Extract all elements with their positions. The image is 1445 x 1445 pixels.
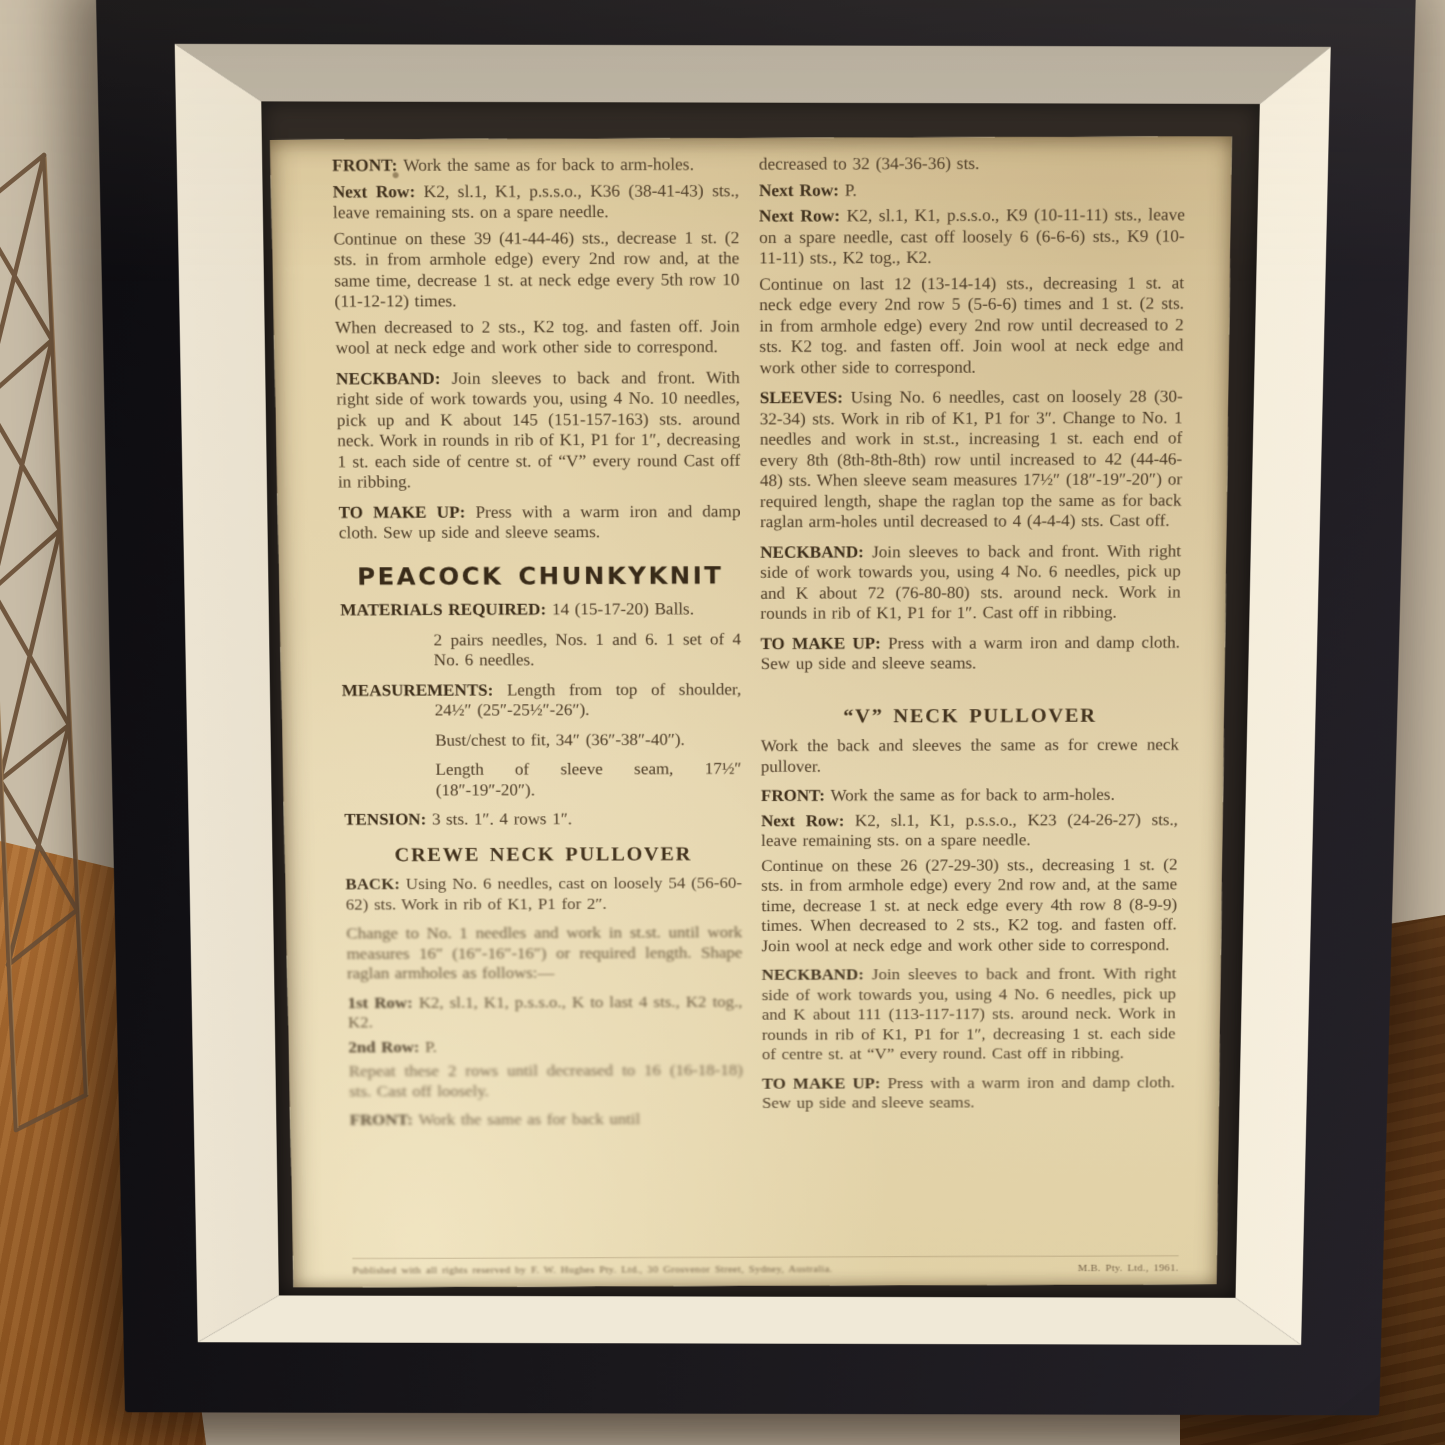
section-heading: PEACOCK CHUNKYKNIT xyxy=(340,565,741,587)
paragraph: Next Row: P. xyxy=(759,178,1186,201)
section-heading: “V” NECK PULLOVER xyxy=(761,705,1180,727)
paragraph-lead: TO MAKE UP: xyxy=(760,633,888,652)
knitting-pattern-page: FRONT: Work the same as for back to arm-… xyxy=(270,136,1232,1287)
paragraph: FRONT: Work the same as for back until xyxy=(350,1109,743,1130)
paragraph-lead: FRONT: xyxy=(350,1110,419,1129)
paragraph-lead: FRONT: xyxy=(332,155,403,175)
paragraph: TO MAKE UP: Press with a warm iron and d… xyxy=(338,501,740,544)
paragraph-lead: Next Row: xyxy=(761,810,855,829)
paragraph-lead: Next Row: xyxy=(759,180,845,200)
footer-printer-date: M.B. Pty. Ltd., 1961. xyxy=(1078,1263,1179,1274)
paragraph-lead: FRONT: xyxy=(761,786,831,805)
paragraph-lead: MEASUREMENTS: xyxy=(342,680,507,699)
paragraph: decreased to 32 (34-36-36) sts. xyxy=(759,152,1186,175)
paragraph: NECKBAND: Join sleeves to back and front… xyxy=(762,964,1177,1065)
paragraph: 2nd Row: P. xyxy=(348,1036,742,1057)
paragraph: NECKBAND: Join sleeves to back and front… xyxy=(336,367,740,493)
paragraph-lead: Next Row: xyxy=(759,205,847,225)
paragraph: Next Row: K2, sl.1, K1, p.s.s.o., K36 (3… xyxy=(332,180,739,224)
paragraph: SLEEVES: Using No. 6 needles, cast on lo… xyxy=(760,386,1183,532)
paragraph-lead: 2nd Row: xyxy=(348,1037,425,1056)
paragraph: TO MAKE UP: Press with a warm iron and d… xyxy=(762,1072,1175,1113)
paragraph: TENSION: 3 sts. 1″. 4 rows 1″. xyxy=(344,808,742,829)
paragraph: 1st Row: K2, sl.1, K1, p.s.s.o., K to la… xyxy=(347,992,742,1033)
paragraph: Bust/chest to fit, 34″ (36″-38″-40″). xyxy=(343,729,742,751)
photo-scene: FRONT: Work the same as for back to arm-… xyxy=(0,0,1445,1445)
paragraph-lead: BACK: xyxy=(345,874,406,893)
paragraph: TO MAKE UP: Press with a warm iron and d… xyxy=(760,632,1180,674)
paragraph: Work the back and sleeves the same as fo… xyxy=(761,735,1179,777)
paragraph: 2 pairs needles, Nos. 1 and 6. 1 set of … xyxy=(341,629,741,671)
page-column-right: decreased to 32 (34-36-36) sts.Next Row:… xyxy=(759,152,1186,1133)
paragraph: Continue on these 39 (41-44-46) sts., de… xyxy=(333,227,739,312)
paragraph: When decreased to 2 sts., K2 tog. and fa… xyxy=(335,316,740,359)
paragraph-lead: NECKBAND: xyxy=(760,542,872,561)
paragraph-lead: Next Row: xyxy=(332,181,423,201)
paragraph-lead: TO MAKE UP: xyxy=(762,1073,888,1092)
shadow-box-interior: FRONT: Work the same as for back to arm-… xyxy=(175,44,1331,1345)
paragraph: Repeat these 2 rows until decreased to 1… xyxy=(349,1060,743,1101)
paragraph: MATERIALS REQUIRED: 14 (15-17-20) Balls. xyxy=(340,599,741,621)
picture-frame: FRONT: Work the same as for back to arm-… xyxy=(95,0,1417,1415)
paragraph: Next Row: K2, sl.1, K1, p.s.s.o., K9 (10… xyxy=(759,204,1185,268)
paragraph: Continue on these 26 (27-29-30) sts., de… xyxy=(761,854,1177,955)
paragraph: Next Row: K2, sl.1, K1, p.s.s.o., K23 (2… xyxy=(761,809,1178,851)
page-column-left: FRONT: Work the same as for back to arm-… xyxy=(332,154,743,1135)
footer-publisher: Published with all rights reserved by F.… xyxy=(352,1264,832,1276)
paragraph: NECKBAND: Join sleeves to back and front… xyxy=(760,540,1181,623)
paragraph: Continue on last 12 (13-14-14) sts., dec… xyxy=(759,272,1184,378)
paragraph-lead: 1st Row: xyxy=(347,993,419,1012)
black-mat: FRONT: Work the same as for back to arm-… xyxy=(261,101,1260,1297)
paragraph-lead: NECKBAND: xyxy=(762,965,872,984)
paragraph: BACK: Using No. 6 needles, cast on loose… xyxy=(345,873,742,914)
paragraph-lead: TENSION: xyxy=(344,810,432,829)
section-heading: CREWE NECK PULLOVER xyxy=(345,844,742,865)
wire-rack xyxy=(0,140,116,1140)
paragraph: Change to No. 1 needles and work in st.s… xyxy=(346,922,742,983)
paragraph-lead: MATERIALS REQUIRED: xyxy=(340,599,552,619)
paragraph-lead: SLEEVES: xyxy=(760,387,851,407)
paragraph: Length of sleeve seam, 17½″ (18″-19″-20″… xyxy=(343,759,742,801)
paragraph: FRONT: Work the same as for back to arm-… xyxy=(761,784,1178,806)
paragraph: FRONT: Work the same as for back to arm-… xyxy=(332,154,739,177)
page-footer: Published with all rights reserved by F.… xyxy=(352,1255,1178,1276)
paragraph: MEASUREMENTS: Length from top of shoulde… xyxy=(342,679,742,721)
paragraph-lead: TO MAKE UP: xyxy=(338,502,475,522)
paragraph-lead: NECKBAND: xyxy=(336,368,452,388)
